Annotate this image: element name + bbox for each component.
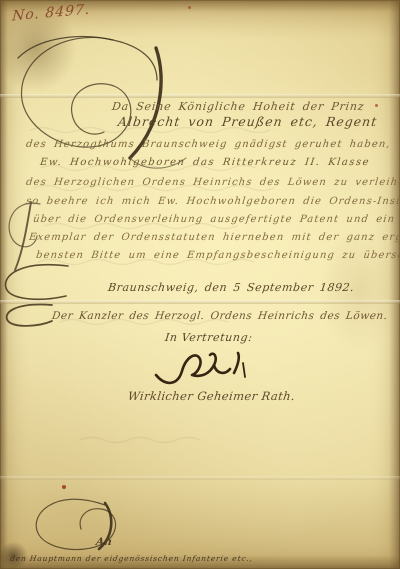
body-line: des Herzogthums Braunschweig gnädigst ge… <box>25 139 391 150</box>
fold-crease <box>0 476 400 480</box>
address-salutation: An <box>95 536 112 548</box>
body-line: bensten Bitte um eine Empfangsbescheinig… <box>35 250 400 261</box>
body-line: des Herzoglichen Ordens Heinrichs des Lö… <box>25 177 400 188</box>
paper-stain <box>0 536 34 569</box>
ink-speck <box>62 485 66 489</box>
ink-speck <box>375 104 378 107</box>
body-line: so beehre ich mich Ew. Hochwohlgeboren d… <box>25 196 400 207</box>
chancellor-line: Der Kanzler des Herzogl. Ordens Heinrich… <box>51 310 388 322</box>
paper-edge-shadow <box>0 0 8 569</box>
chancellor-swash-flourish <box>0 300 55 334</box>
rank-line: Wirklicher Geheimer Rath. <box>127 389 296 403</box>
dateline-swash-flourish <box>0 258 70 306</box>
fold-crease <box>0 94 400 98</box>
photo-of-document: No. 8497. Da Seine Königliche Hoheit der… <box>0 0 400 569</box>
body-line: Albrecht von Preußen etc, Regent <box>117 114 378 129</box>
dateline: Braunschweig, den 5 September 1892. <box>107 281 355 294</box>
document-number: No. 8497. <box>12 2 91 25</box>
body-line: Da Seine Königliche Hoheit der Prinz <box>111 100 365 113</box>
address-recipient: den Hauptmann der eidgenössischen Infant… <box>9 554 253 563</box>
body-line: über die Ordensverleihung ausgefertigte … <box>32 214 395 225</box>
aged-letter-paper: No. 8497. Da Seine Königliche Hoheit der… <box>0 0 400 569</box>
deputy-line: In Vertretung: <box>164 331 253 344</box>
fold-crease <box>0 300 400 304</box>
body-line: Exemplar der Ordensstatuten hierneben mi… <box>28 232 400 243</box>
body-line: Ew. Hochwohlgeboren das Ritterkreuz II. … <box>39 157 370 168</box>
paper-edge-shadow <box>389 0 400 569</box>
ink-speck <box>188 6 191 9</box>
signature <box>150 345 265 393</box>
